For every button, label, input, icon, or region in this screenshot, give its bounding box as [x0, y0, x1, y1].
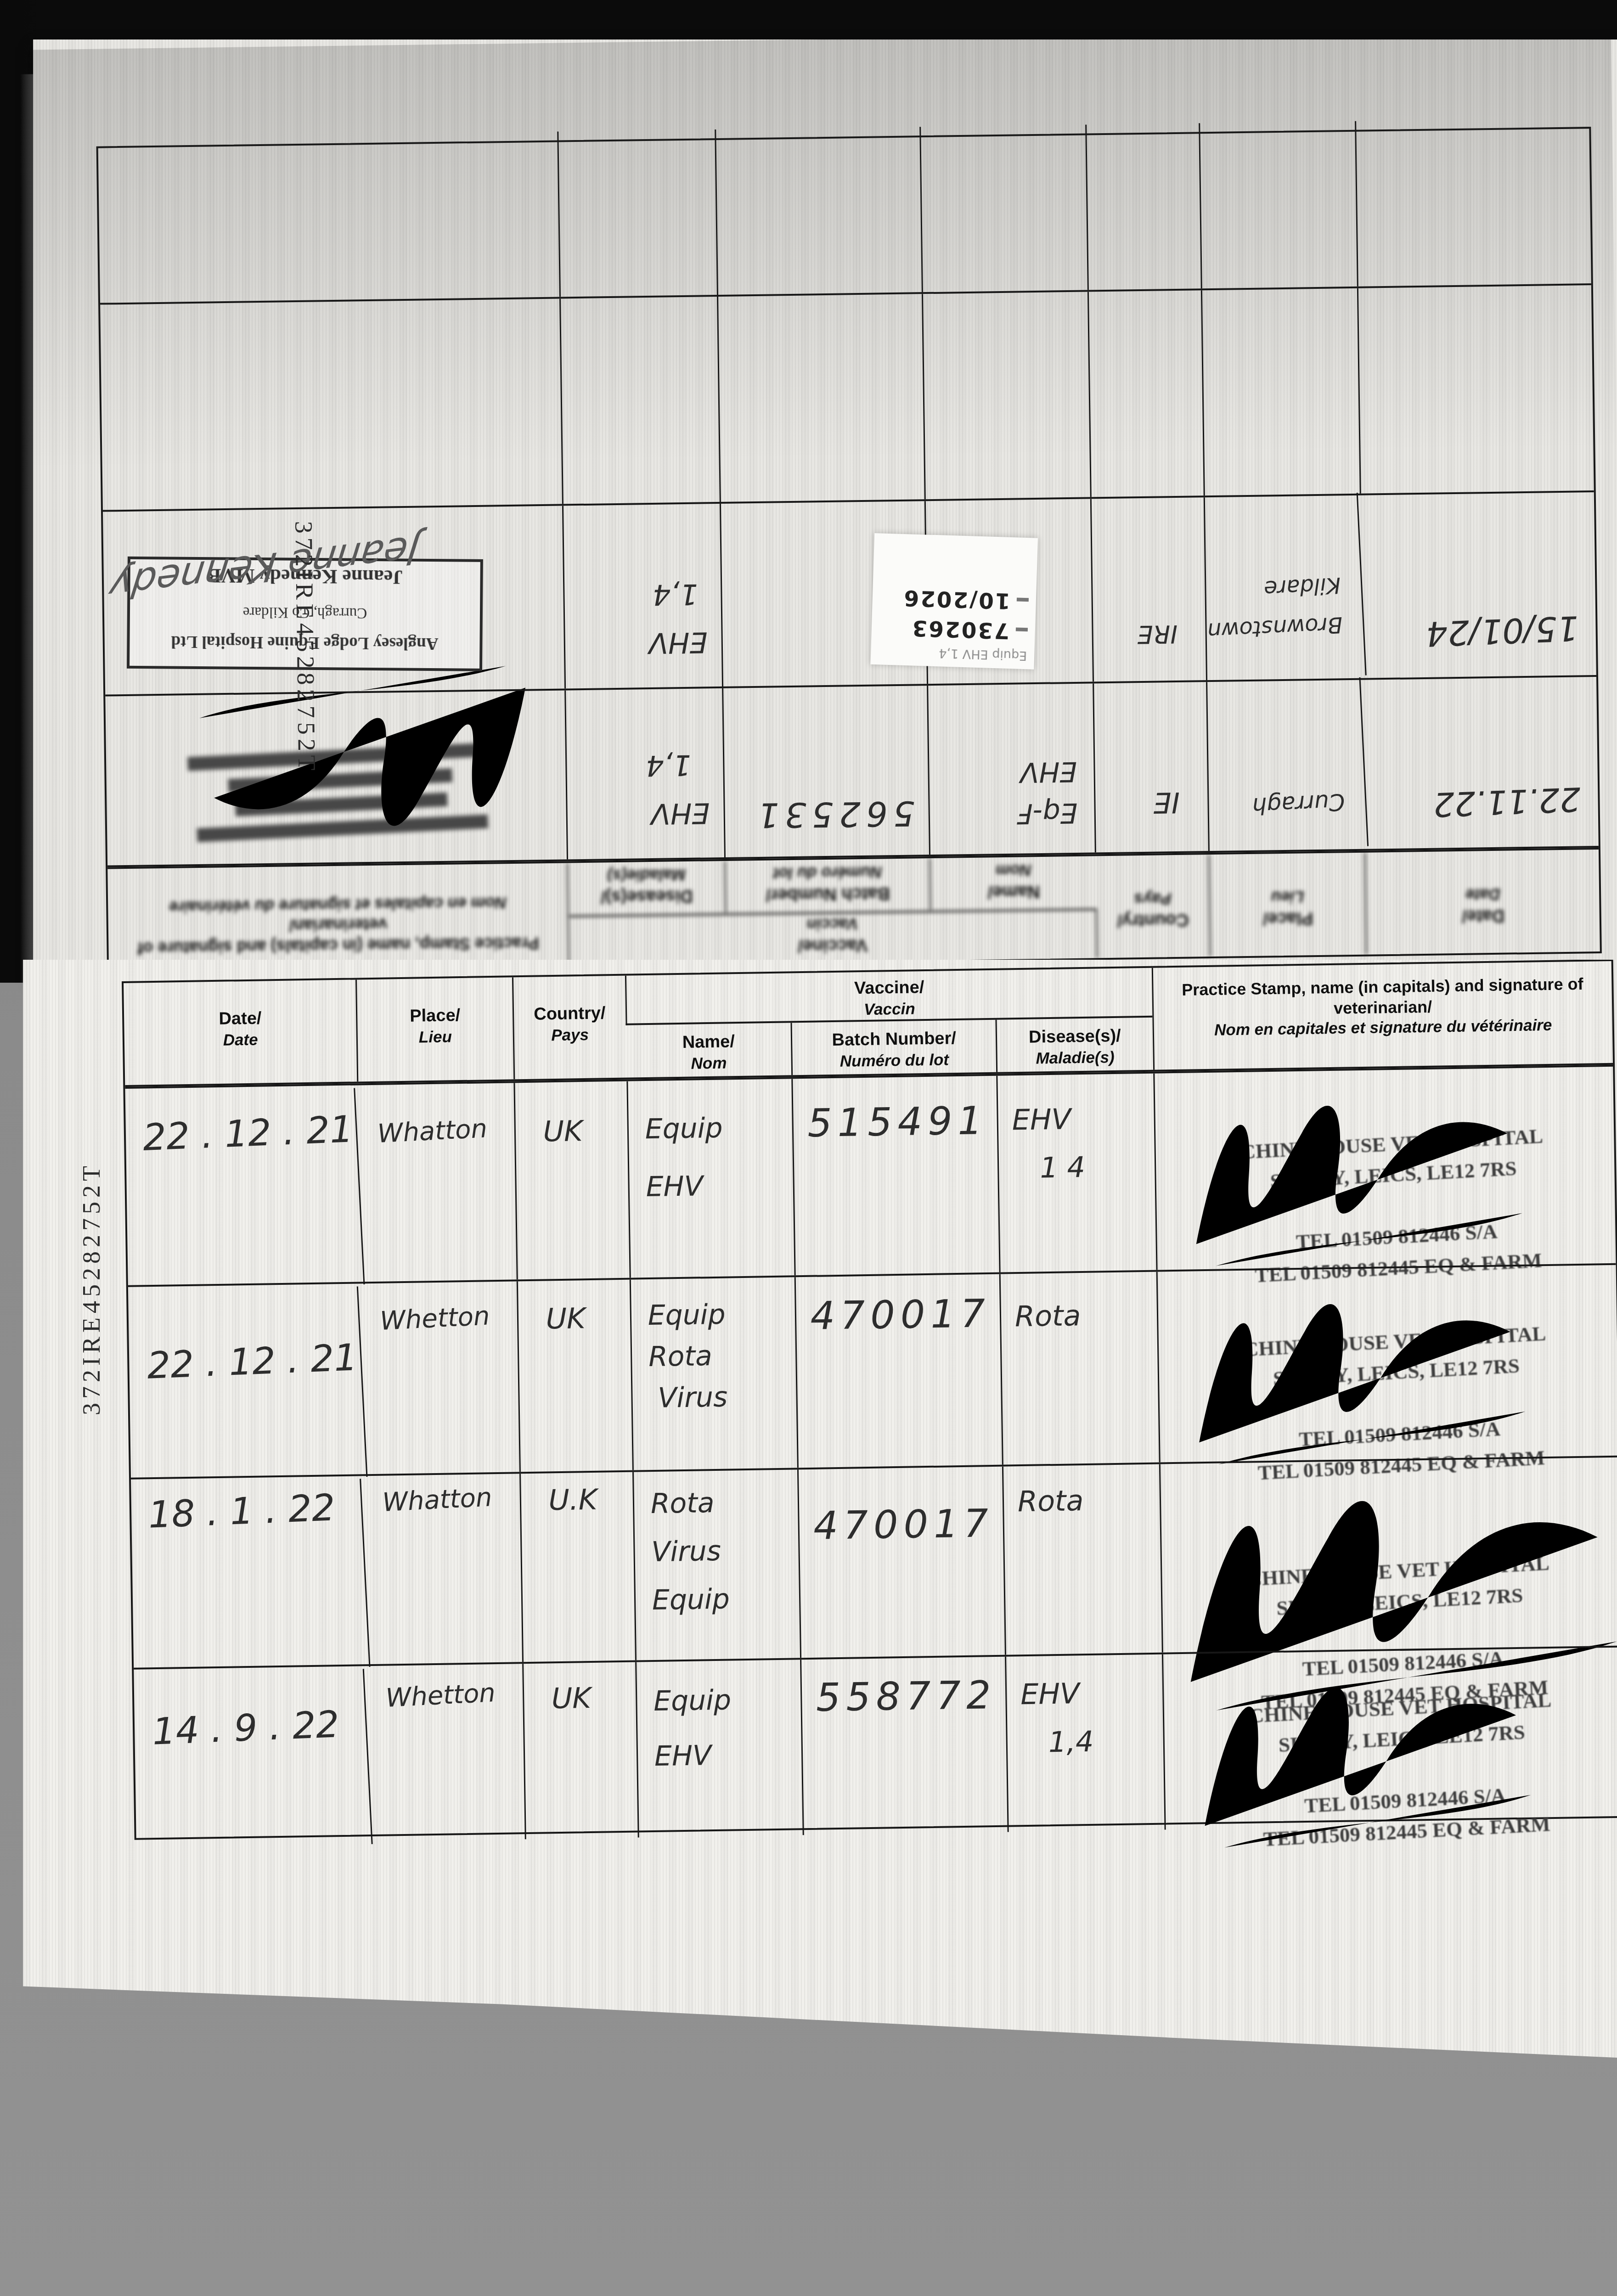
cell-place: Whatton [360, 1471, 525, 1667]
cell-practice-stamp: Anglesey Lodge Equine Hospital Ltd Curra… [103, 506, 566, 694]
cell-practice-stamp: CHINE HOUSE VET HOSPITALSILEBY, LEICS, L… [1162, 1648, 1617, 1830]
cell-vaccine-name: Equip EHV [626, 1079, 794, 1277]
cell-disease: EHV 1,4 [566, 688, 726, 859]
cell-batch: 558772 [800, 1657, 1008, 1835]
vaccination-row-22-12-21-ehv: 22 . 12 . 21 Whatton UK Equip EHV 515491… [125, 1065, 1616, 1285]
vaccination-row-14-9-22: 14 . 9 . 22 Whetton UK Equip EHV 558772 … [134, 1646, 1617, 1845]
illegible-stamp [187, 732, 495, 852]
header-country: Country/Pays [512, 976, 627, 1080]
cell-vaccine-name: Equip Rota Virus [630, 1277, 798, 1470]
cell-vaccine-name: Equip EHV [635, 1660, 803, 1837]
vaccination-row-22-11-22: 22.11.22 Curragh IE Eq-F EHV 562531 EHV … [105, 677, 1599, 867]
cell-place: Curragh [1204, 677, 1369, 854]
vaccination-table-top: Date/Date Place/Lieu Country/Pays Vaccin… [96, 127, 1602, 973]
cell-date: 22 . 12 . 21 [126, 1281, 366, 1480]
passport-number-vertical: 372IRE45282752T [289, 521, 321, 778]
cell-practice-stamp: CHINE HOUSE VET HOSPITALSILEBY, LEICS, L… [1153, 1067, 1616, 1270]
cell-place: Whetton [357, 1279, 522, 1477]
header-country: Country/Pays [1096, 855, 1211, 958]
cell-batch: 470017 [797, 1467, 1005, 1658]
cell-place: Whetton [363, 1661, 528, 1844]
cell-country: U.K [519, 1472, 635, 1662]
header-batch-number: Batch Number/Numéro du lot [726, 858, 931, 913]
cell-disease: Rota [999, 1272, 1159, 1465]
cell-country: UK [513, 1081, 630, 1280]
cell-disease: Rota [1002, 1464, 1162, 1655]
header-vaccine-name: Name/Nom [625, 1023, 791, 1077]
header-disease: Disease(s)/Maladie(s) [995, 1018, 1153, 1072]
passport-left-page-upside-down: Date/Date Place/Lieu Country/Pays Vaccin… [33, 39, 1617, 978]
cell-country: UK [516, 1280, 632, 1472]
cell-country: UK [522, 1662, 638, 1840]
cell-country: IE [1094, 682, 1210, 852]
header-date: Date/Date [1366, 850, 1600, 955]
scanned-passport-spread: Date/Date Place/Lieu Country/Pays Vaccin… [0, 0, 1617, 2296]
vaccination-table-bottom: Date/Date Place/Lieu Country/Pays Vaccin… [122, 959, 1617, 1840]
cell-practice-stamp: CHINE HOUSE VET HOSPITALSILEBY, LEICS, L… [1156, 1265, 1617, 1463]
cell-country: IRE [1092, 497, 1207, 681]
vaccination-row-18-1-22: 18 . 1 . 22 Whatton U.K Rota Virus Equip… [131, 1456, 1617, 1668]
cell-batch: 562531 [723, 686, 930, 857]
header-vaccine-name: Name/Nom [930, 856, 1097, 911]
cell-disease: EHV 1 4 [996, 1074, 1156, 1272]
header-practice-stamp: Practice Stamp, name (in capitals) and s… [1152, 961, 1613, 1070]
cell-vaccine-name: Rota Virus Equip [632, 1469, 800, 1660]
cell-practice-stamp [105, 690, 568, 865]
header-place: Place/Lieu [1210, 853, 1368, 957]
header-practice-stamp: Practice Stamp, name (in capitals) and s… [107, 863, 569, 971]
cell-disease: EHV 1,4 [1005, 1654, 1164, 1832]
cell-disease: EHV 1,4 [563, 504, 723, 688]
header-place: Place/Lieu [355, 977, 513, 1081]
header-vaccine: Vaccine/Vaccin [625, 968, 1152, 1025]
vaccination-row-22-12-21-rota: 22 . 12 . 21 Whetton UK Equip Rota Virus… [128, 1263, 1617, 1478]
empty-row [98, 118, 1591, 304]
header-batch-number: Batch Number/Numéro du lot [791, 1020, 996, 1075]
cell-place: Whatton [354, 1080, 520, 1284]
passport-number-vertical: 372IRE45282752T [77, 1158, 106, 1415]
passport-right-page: Date/Date Place/Lieu Country/Pays Vaccin… [23, 960, 1617, 2076]
vaccine-batch-sticker: Equip EHV 1,4 730263 10/2026 [871, 533, 1038, 670]
cell-practice-stamp: CHINE HOUSE VET HOSPITALSILEBY, LEICS, L… [1159, 1458, 1617, 1653]
cell-place: Brownstown Kildare [1202, 493, 1367, 683]
cell-date: 18 . 1 . 22 [129, 1473, 368, 1671]
empty-row [100, 285, 1594, 512]
cell-date: 14 . 9 . 22 [131, 1663, 371, 1848]
table-header-top: Date/Date Place/Lieu Country/Pays Vaccin… [107, 848, 1600, 971]
header-vaccine: Vaccine/Vaccin [569, 908, 1098, 965]
cell-vaccine-name: Eq-F EHV [929, 683, 1096, 855]
scanner-left-edge [0, 0, 37, 983]
cell-date: 22 . 12 . 21 [123, 1082, 363, 1288]
header-date: Date/Date [124, 979, 357, 1085]
vaccination-row-15-01-24: 15/01/24 Brownstown Kildare IRE EHV 1,4 … [103, 492, 1596, 696]
cell-date: 22.11.22 [1362, 674, 1601, 852]
chine-house-stamp: CHINE HOUSE VET HOSPITALSILEBY, LEICS, L… [1196, 1651, 1610, 1889]
cell-batch: 470017 [794, 1274, 1002, 1468]
cell-date: 15/01/24 [1359, 490, 1599, 681]
header-disease: Disease(s)/Maladie(s) [568, 861, 726, 915]
cell-batch: 515491 [792, 1076, 999, 1276]
